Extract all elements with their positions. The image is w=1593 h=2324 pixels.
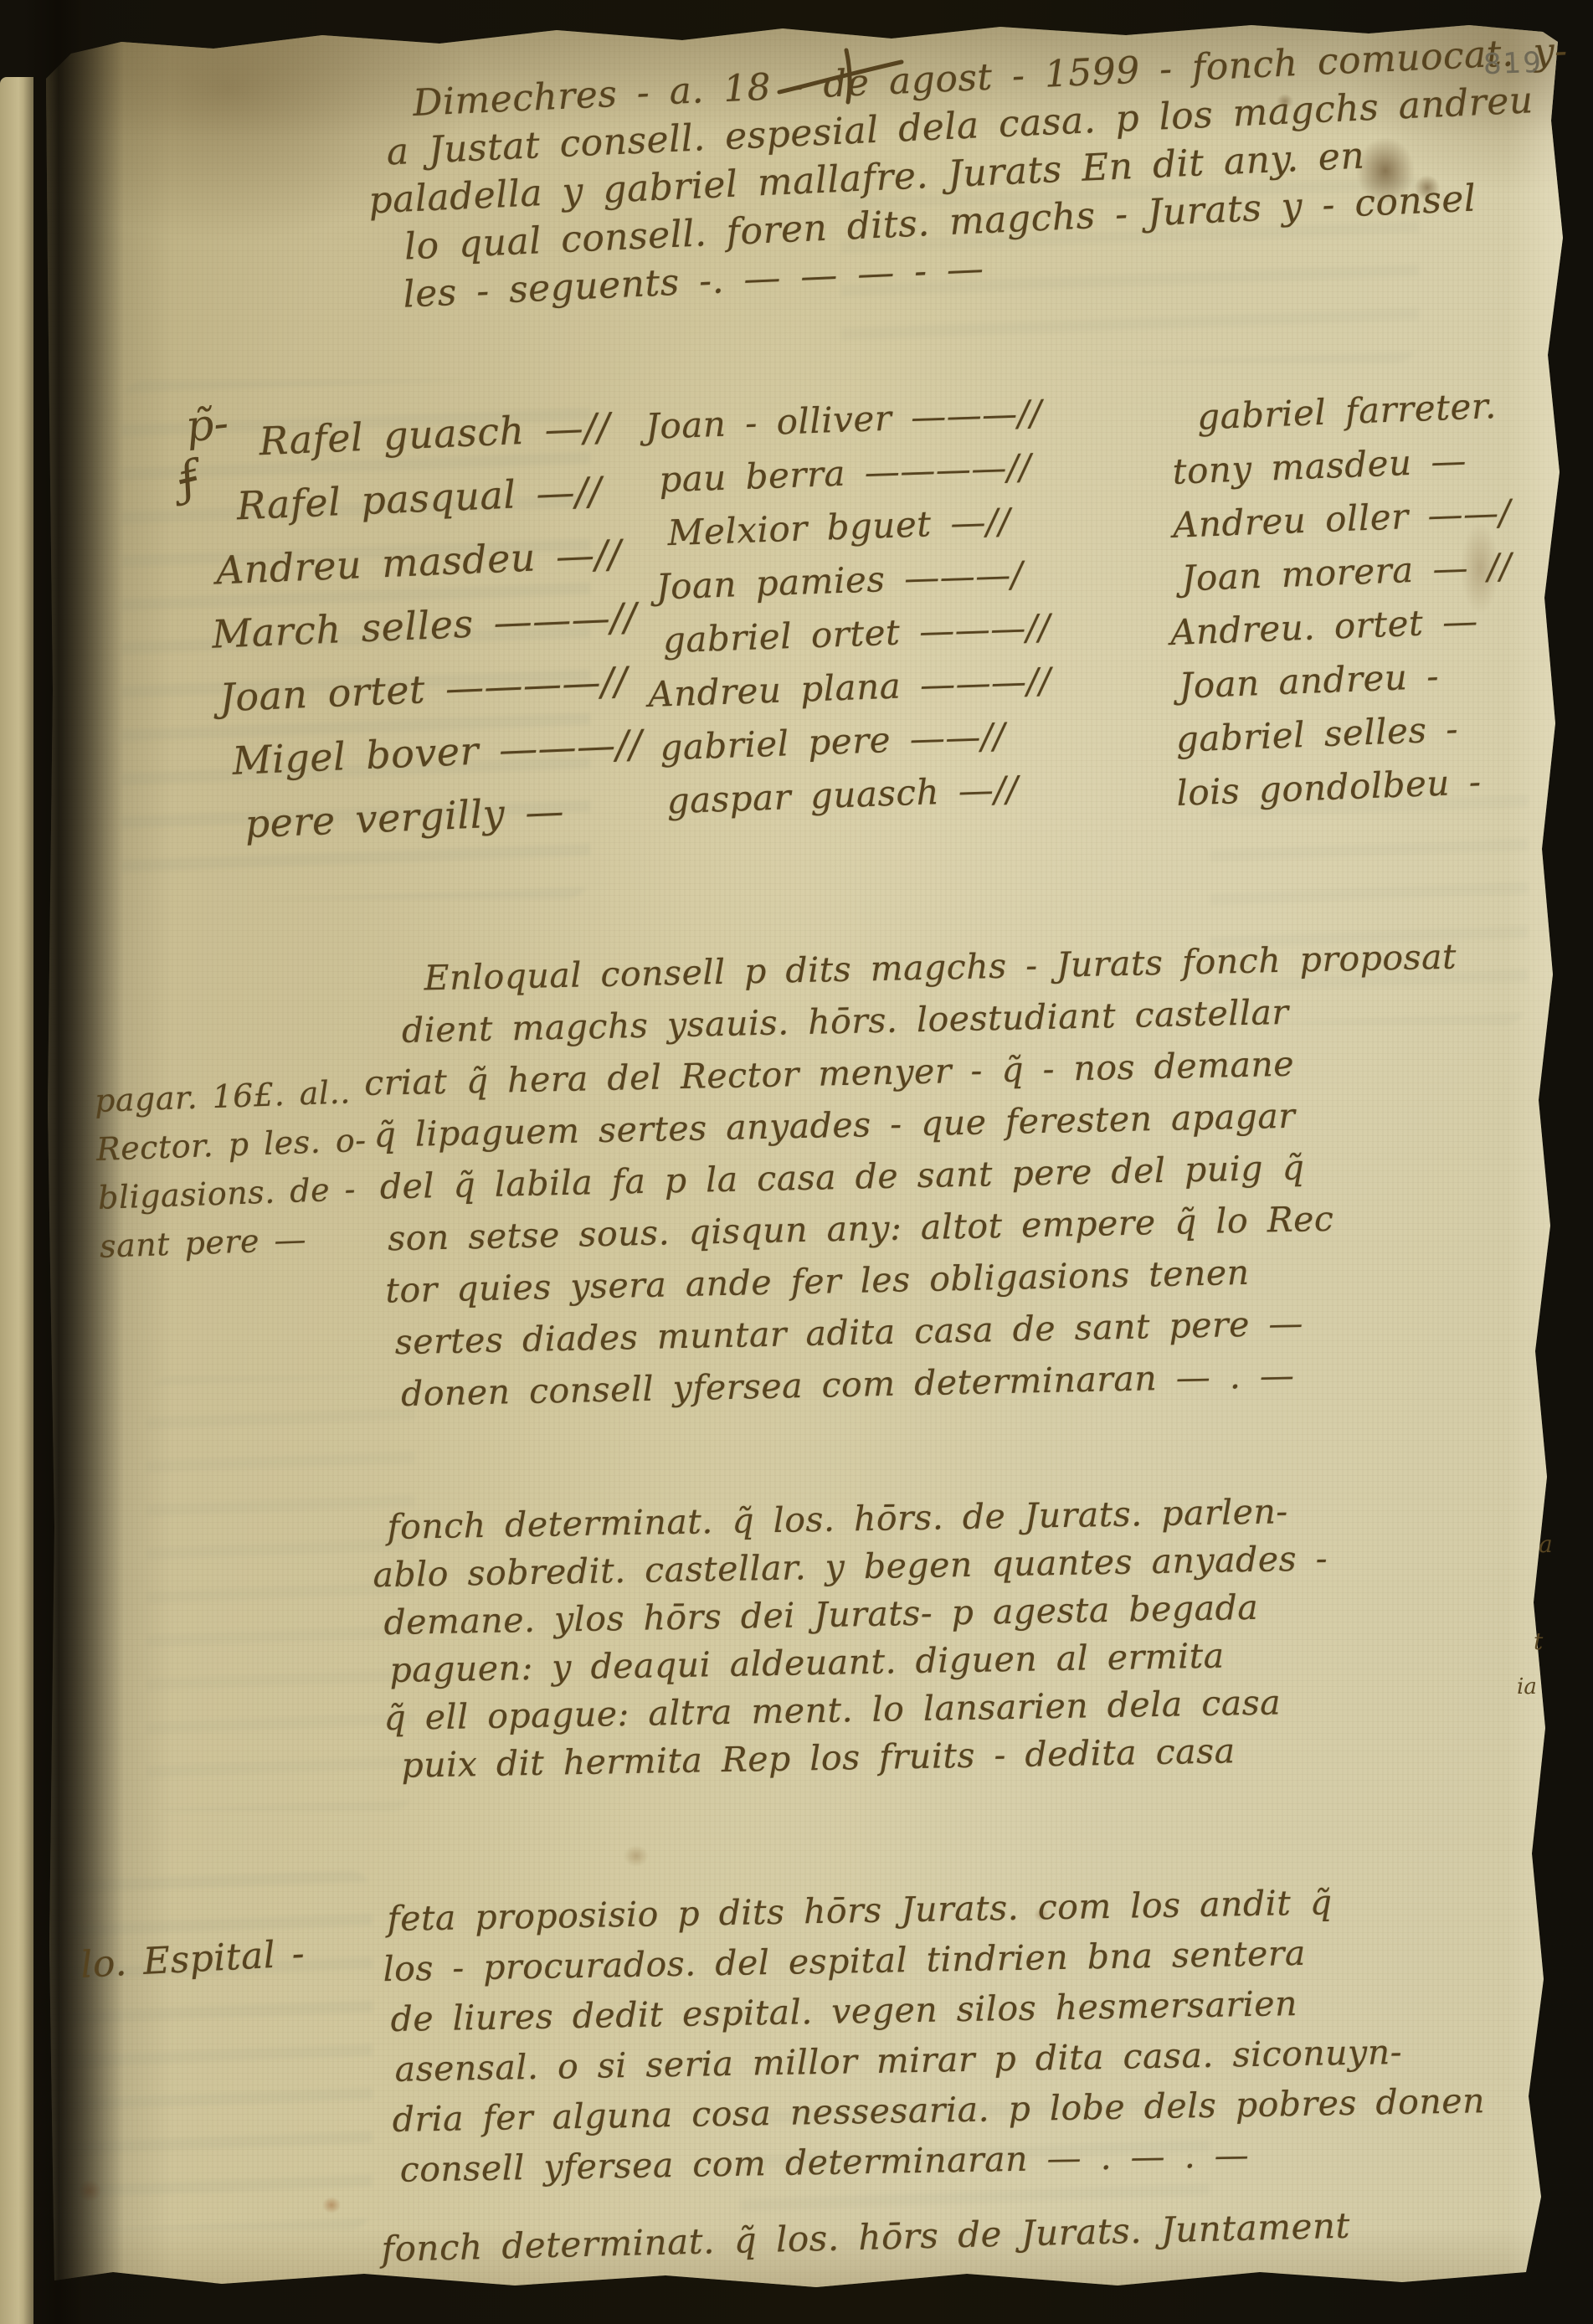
attendee-column-1: Rafel guasch —// Rafel pasqual —// Andre… [243, 394, 646, 856]
manuscript-scan: 819 Dimechres - a. 18 - de agost - 1599 … [0, 0, 1593, 2324]
folio-number: 819 [1483, 46, 1543, 81]
margin-mark: a [1539, 1530, 1553, 1558]
entry-castellar-determination: fonch determinat. q̃ los. hōrs. de Jurat… [387, 1487, 1331, 1790]
margin-note-line: bligasions. de - [97, 1165, 368, 1222]
foxing-spot [624, 1845, 649, 1867]
margin-mark: ia [1517, 1674, 1537, 1699]
margin-note-payment: pagar. 16£. al.. Rector. p les. o- bliga… [94, 1067, 371, 1271]
attendee-column-2: Joan - olliver ———// pau berra ————// Me… [645, 386, 1057, 828]
invocation-cross-icon [774, 40, 908, 111]
attendee-column-3: gabriel farreter. tony masdeu — Andreu o… [1168, 378, 1523, 820]
margin-mark: t [1534, 1627, 1543, 1655]
margin-note-line: sant pere — [99, 1213, 370, 1271]
entry-rector-obligations: Enloqual consell p dits magchs - Jurats … [400, 931, 1466, 1420]
entry-hospital-proposal: feta proposisio p dits hōrs Jurats. com … [387, 1874, 1487, 2195]
paragraph-sigil: p̃- [183, 398, 231, 453]
foxing-spot [322, 2197, 341, 2213]
